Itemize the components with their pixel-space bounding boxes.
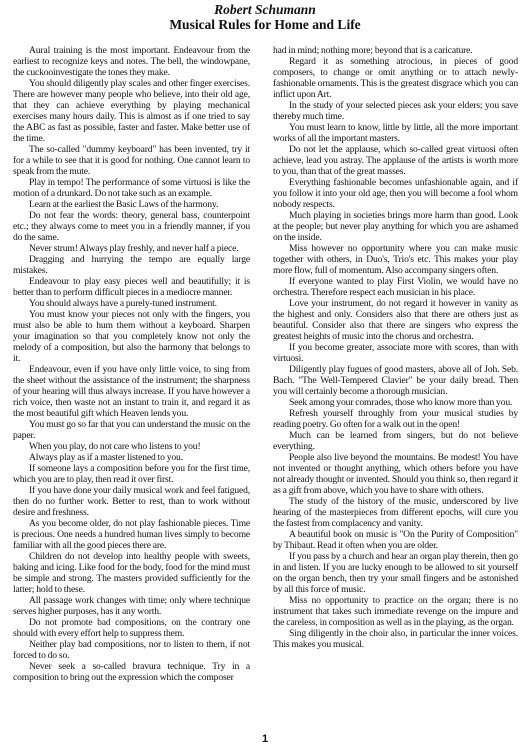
rule-paragraph: Aural training is the most important. En… xyxy=(13,45,250,78)
left-column: Aural training is the most important. En… xyxy=(13,45,250,683)
rule-paragraph: If you become greater, associate more wi… xyxy=(273,342,518,364)
rule-paragraph: Endeavour to play easy pieces well and b… xyxy=(13,276,250,298)
rule-paragraph: You must go so far that you can understa… xyxy=(13,419,250,441)
rule-paragraph: In the study of your selected pieces ask… xyxy=(273,100,518,122)
body-columns: Aural training is the most important. En… xyxy=(13,45,518,683)
rule-paragraph: Children do not develop into healthy peo… xyxy=(13,551,250,595)
rule-paragraph: The so-called "dummy keyboard" has been … xyxy=(13,144,250,177)
rule-paragraph: A beautiful book on music is "On the Pur… xyxy=(273,529,518,551)
rule-paragraph: Do not let the applause, which so-called… xyxy=(273,144,518,177)
rule-paragraph: All passage work changes with time; only… xyxy=(13,595,250,617)
rule-paragraph: If you pass by a church and hear an orga… xyxy=(273,551,518,595)
rule-paragraph: Diligently play fugues of good masters, … xyxy=(273,364,518,397)
page-header: Robert Schumann Musical Rules for Home a… xyxy=(0,2,530,32)
rule-paragraph: Love your instrument, do not regard it h… xyxy=(273,298,518,342)
rule-paragraph: Much playing in societies brings more ha… xyxy=(273,210,518,243)
rule-paragraph: If everyone wanted to play First Violin,… xyxy=(273,276,518,298)
author-name: Robert Schumann xyxy=(0,2,530,17)
rule-paragraph: Learn at the earliest the Basic Laws of … xyxy=(13,199,250,210)
rule-paragraph: When you play, do not care who listens t… xyxy=(13,441,250,452)
rule-paragraph: You should diligently play scales and ot… xyxy=(13,78,250,144)
rule-paragraph: Do not fear the words: theory, general b… xyxy=(13,210,250,243)
rule-paragraph: If you have done your daily musical work… xyxy=(13,485,250,518)
rule-paragraph: Neither play bad compositions, nor to li… xyxy=(13,639,250,661)
rule-paragraph: People also live beyond the mountains. B… xyxy=(273,452,518,496)
rule-paragraph: Dragging and hurrying the tempo are equa… xyxy=(13,254,250,276)
rule-paragraph: Do not promote bad compositions, on the … xyxy=(13,617,250,639)
rule-paragraph: Refresh yourself throughly from your mus… xyxy=(273,408,518,430)
rule-paragraph: Miss no opportunity to practice on the o… xyxy=(273,595,518,628)
rule-paragraph: Never seek a so-called bravura technique… xyxy=(13,661,250,683)
rule-paragraph: Much can be learned from singers, but do… xyxy=(273,430,518,452)
rule-paragraph: The study of the history of the music, u… xyxy=(273,496,518,529)
right-column: had in mind; nothing more; beyond that i… xyxy=(273,45,518,683)
rule-paragraph: Regard it as something atrocious, in pie… xyxy=(273,56,518,100)
rule-paragraph: Always play as if a master listened to y… xyxy=(13,452,250,463)
rule-paragraph: As you become older, do not play fashion… xyxy=(13,518,250,551)
document-title: Musical Rules for Home and Life xyxy=(0,17,530,32)
rule-paragraph: Endeavour, even if you have only little … xyxy=(13,364,250,419)
page-number: 1 xyxy=(0,733,530,745)
rule-paragraph: If someone lays a composition before you… xyxy=(13,463,250,485)
rule-paragraph: You must learn to know, little by little… xyxy=(273,122,518,144)
rule-paragraph: You must know your pieces not only with … xyxy=(13,309,250,364)
rule-paragraph: Never strum! Always play freshly, and ne… xyxy=(13,243,250,254)
rule-paragraph: Miss however no opportunity where you ca… xyxy=(273,243,518,276)
rule-paragraph: Play in tempo! The performance of some v… xyxy=(13,177,250,199)
rule-paragraph: Sing diligently in the choir also, in pa… xyxy=(273,628,518,650)
rule-paragraph: Everything fashionable becomes unfashion… xyxy=(273,177,518,210)
rule-paragraph: You should always have a purely-tuned in… xyxy=(13,298,250,309)
continued-paragraph: had in mind; nothing more; beyond that i… xyxy=(273,45,518,56)
rule-paragraph: Seek among your comrades, those who know… xyxy=(273,397,518,408)
